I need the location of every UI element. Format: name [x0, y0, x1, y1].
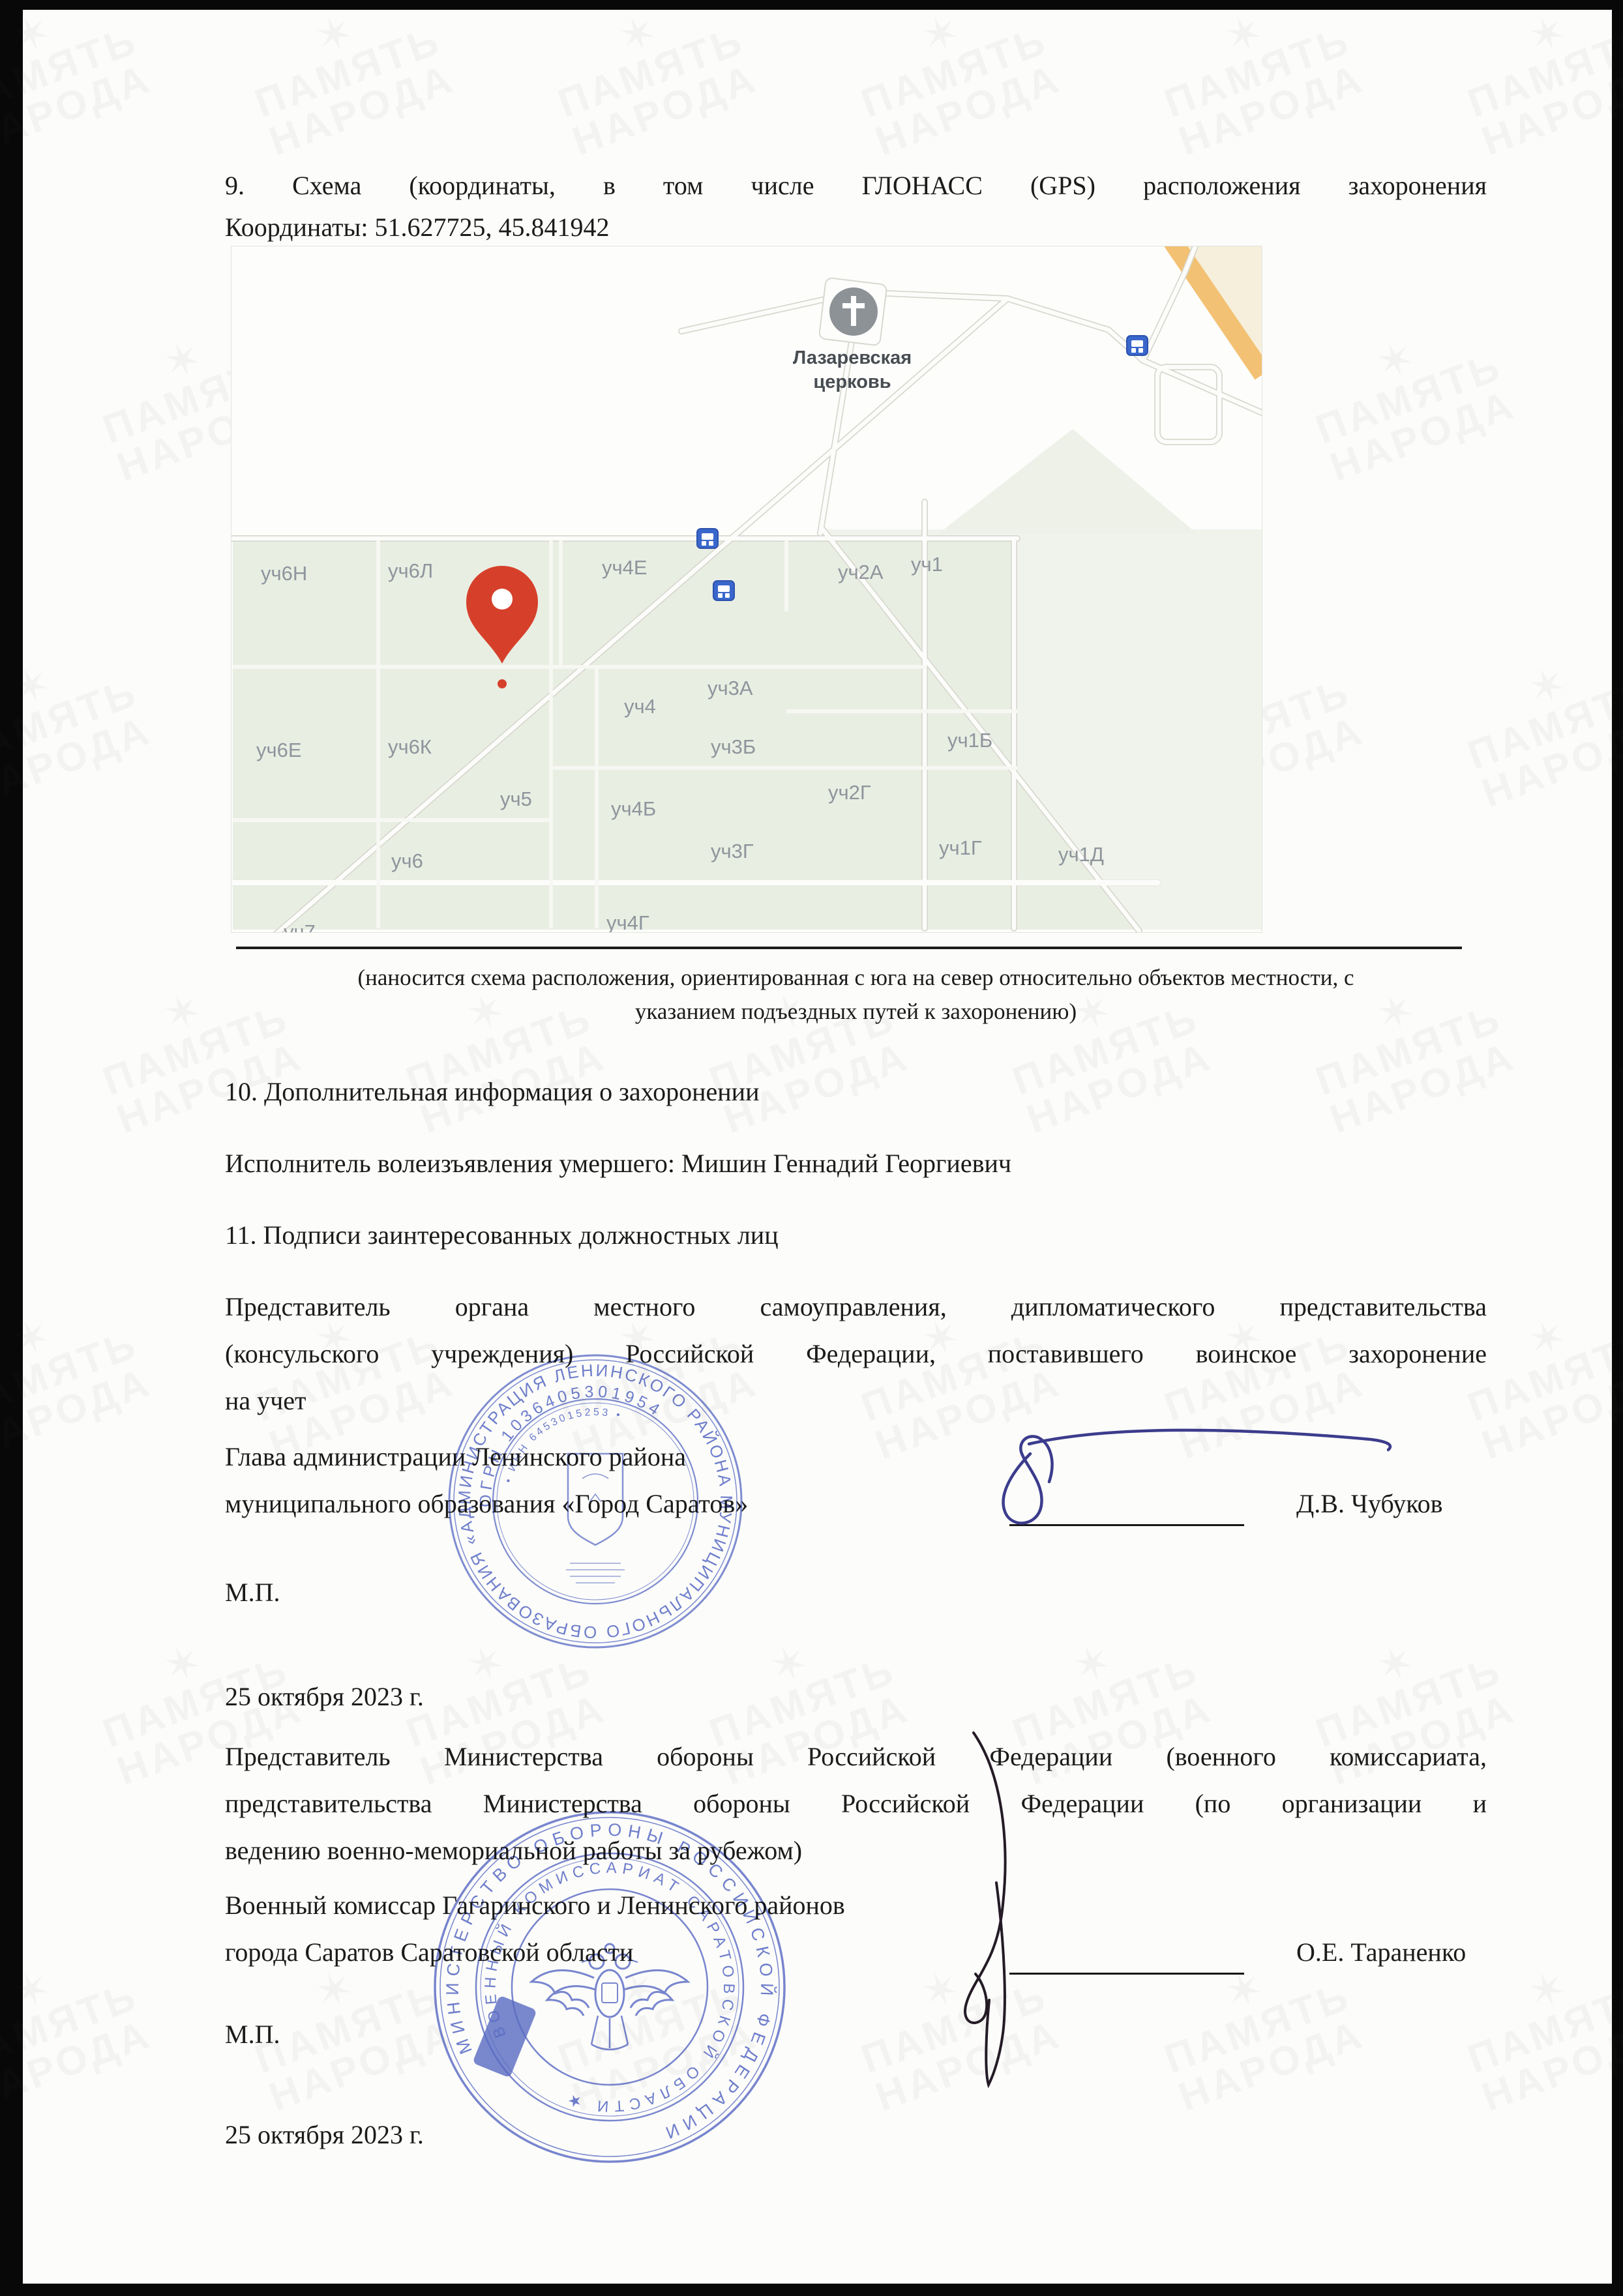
- map-section-label: уч6К: [388, 735, 432, 758]
- map-section-label: уч1Б: [947, 729, 992, 752]
- svg-text:ВОЕННЫЙ КОМИССАРИАТ САРАТОВСКО: ВОЕННЫЙ КОМИССАРИАТ САРАТОВСКОЙ ОБЛАСТИ …: [439, 1817, 780, 2157]
- bus-stop-icon: [697, 529, 718, 548]
- official2-signature: [912, 1726, 1068, 2091]
- double-headed-eagle-icon: [531, 1944, 688, 2050]
- map-section-label: уч2А: [838, 561, 884, 583]
- bus-stop-icon: [1127, 336, 1148, 355]
- map-section-label: уч3Г: [711, 840, 754, 862]
- executor-line: Исполнитель волеизъявления умершего: Миш…: [225, 1149, 1487, 1179]
- official2-seal-mark: М.П.: [225, 2020, 1487, 2050]
- map-section-label: уч1Д: [1058, 843, 1104, 866]
- church-label-line2: церковь: [813, 372, 891, 392]
- map-section-label: уч5: [500, 787, 532, 810]
- burial-location-map: Лазаревская церковь уч6Нуч6Луч4Еуч2Ауч1у…: [231, 246, 1262, 932]
- map-section-label: уч6: [391, 849, 423, 872]
- map-image: Лазаревская церковь уч6Нуч6Луч4Еуч2Ауч1у…: [231, 246, 1262, 932]
- map-section-label: уч4Б: [611, 797, 656, 820]
- map-caption-line2: указанием подъездных путей к захоронению…: [225, 999, 1487, 1025]
- official1-intro-line3: на учет: [225, 1386, 1487, 1416]
- map-section-label: уч4Г: [606, 911, 649, 932]
- official1-intro-line1: Представитель органа местного самоуправл…: [225, 1292, 1487, 1322]
- map-section-label: уч6Л: [388, 559, 433, 582]
- map-section-label: уч3А: [707, 677, 753, 699]
- official2-name: О.Е. Тараненко: [1296, 1937, 1570, 1967]
- official2-intro-line2: представительства Министерства обороны Р…: [225, 1789, 1487, 1819]
- map-section-label: уч4Е: [602, 556, 648, 579]
- official2-post-line1: Военный комиссар Гагаринского и Ленинско…: [225, 1891, 1487, 1921]
- official1-seal-mark: М.П.: [225, 1578, 1487, 1608]
- official1-date: 25 октября 2023 г.: [225, 1682, 1487, 1712]
- stamp1-coat-of-arms: [566, 1454, 625, 1583]
- official1-intro-line2: (консульского учреждения) Российской Фед…: [225, 1339, 1487, 1369]
- official2-date: 25 октября 2023 г.: [225, 2120, 1487, 2150]
- map-section-label: уч4: [624, 695, 656, 718]
- administration-round-stamp: АДМИНИСТРАЦИЯ ЛЕНИНСКОГО РАЙОНА МУНИЦИПА…: [442, 1348, 749, 1655]
- map-section-label: уч2Г: [828, 781, 871, 804]
- map-section-label: уч1Г: [939, 836, 982, 859]
- map-section-label: уч6Н: [261, 562, 307, 585]
- church-label-line1: Лазаревская: [793, 347, 912, 368]
- map-section-label: уч7: [284, 920, 316, 932]
- scanned-document-page: ✶ПАМЯТЬНАРОДА✶ПАМЯТЬНАРОДА✶ПАМЯТЬНАРОДА✶…: [0, 0, 1623, 2296]
- section9-heading-line1: 9. Схема (координаты, в том числе ГЛОНАС…: [225, 171, 1487, 201]
- stamp2-inner-ring-text: ВОЕННЫЙ КОМИССАРИАТ САРАТОВСКОЙ ОБЛАСТИ …: [439, 1817, 780, 2157]
- military-commissariat-stamp: МИНИСТЕРСТВО ОБОРОНЫ РОССИЙСКОЙ ФЕДЕРАЦИ…: [427, 1804, 792, 2170]
- church-icon: [819, 278, 887, 346]
- map-section-label: уч1: [911, 553, 943, 576]
- caption-divider: [236, 947, 1462, 949]
- section9-coordinates: Координаты: 51.627725, 45.841942: [225, 213, 1487, 243]
- section10-heading: 10. Дополнительная информация о захороне…: [225, 1077, 1487, 1107]
- map-section-label: уч6Е: [256, 739, 302, 761]
- bus-stop-icon: [713, 581, 734, 600]
- official2-intro-line3: ведению военно-мемориальной работы за ру…: [225, 1836, 1487, 1866]
- official1-signature: [952, 1418, 1461, 1542]
- map-caption-line1: (наносится схема расположения, ориентиро…: [225, 965, 1487, 991]
- map-section-label: уч3Б: [711, 735, 756, 758]
- section11-heading: 11. Подписи заинтересованных должностных…: [225, 1220, 1487, 1250]
- official2-intro-line1: Представитель Министерства обороны Росси…: [225, 1742, 1487, 1772]
